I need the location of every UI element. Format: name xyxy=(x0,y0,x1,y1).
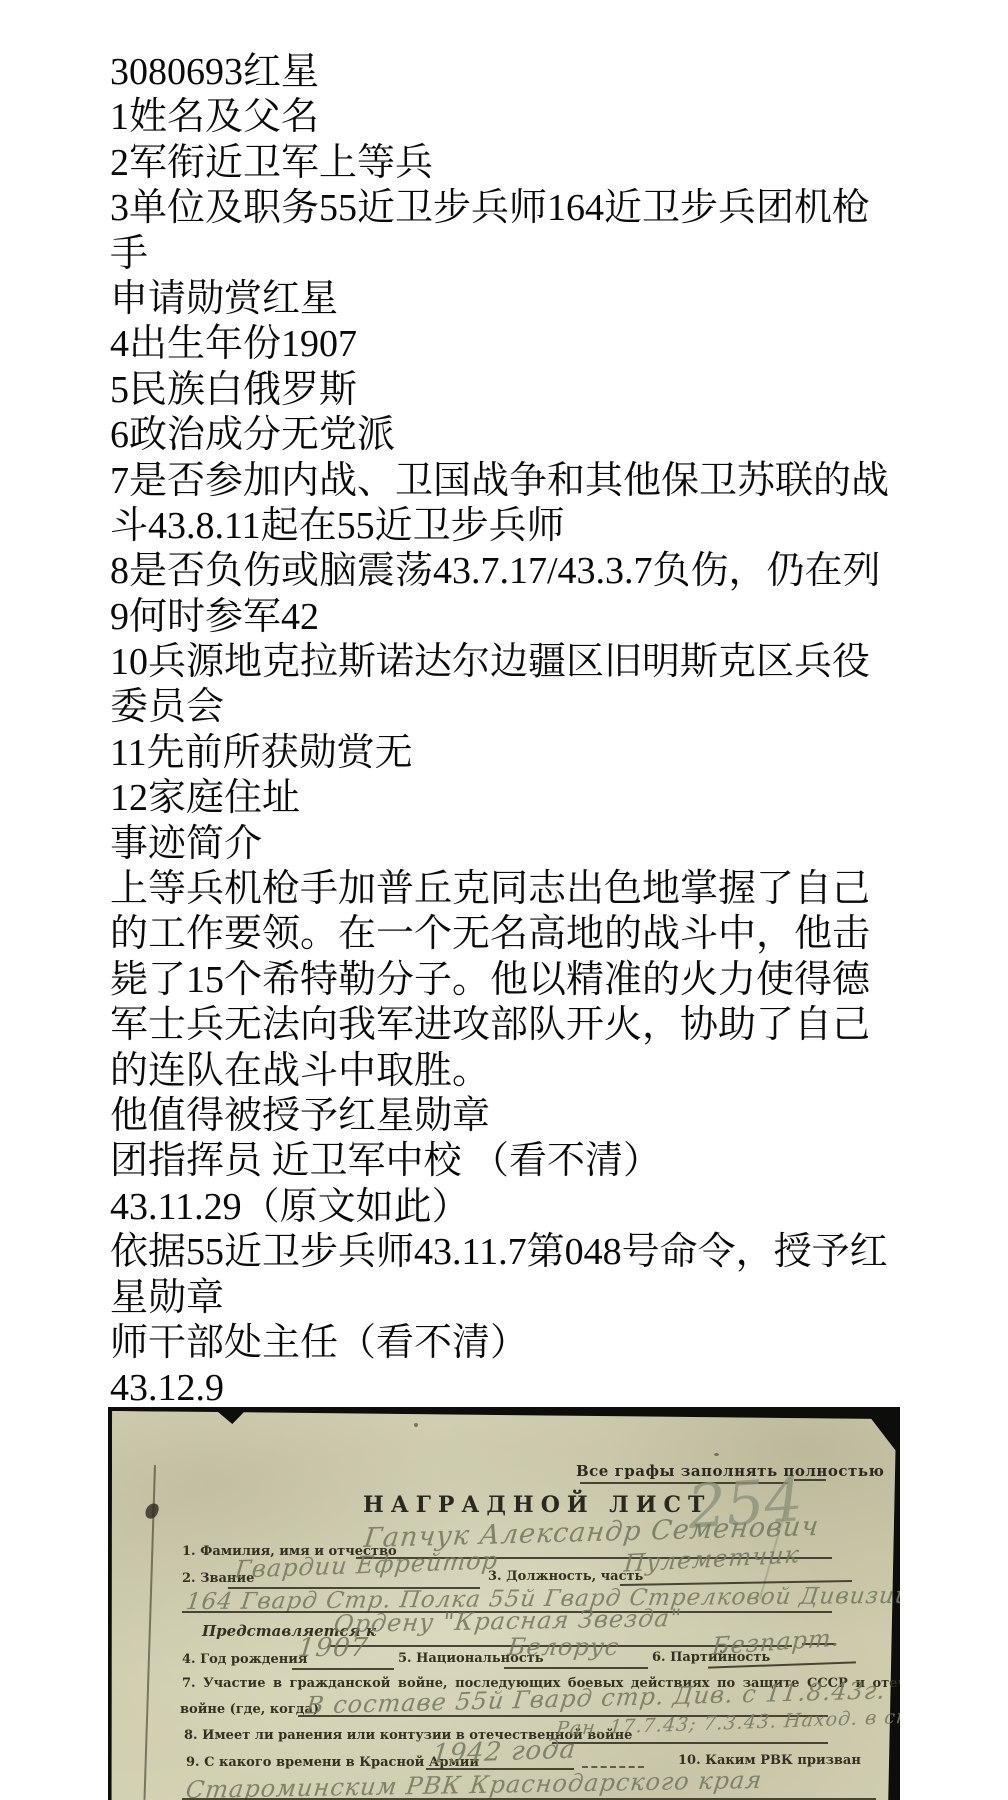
field-birthyear-rule xyxy=(292,1668,394,1670)
transcript-line: 8是否负伤或脑震荡43.7.17/43.3.7负伤，仍在列 xyxy=(110,549,940,594)
transcript-line: 3080693红星 xyxy=(110,50,940,95)
document-title: НАГРАДНОЙ ЛИСТ xyxy=(363,1492,711,1518)
transcript-line: 斗43.8.11起在55近卫步兵师 xyxy=(110,504,940,549)
transcript-line: 1姓名及父名 xyxy=(110,95,940,140)
field-rvk-label: 10. Каким РВК призван xyxy=(678,1753,861,1768)
transcript-line: 的连队在战斗中取胜。 xyxy=(110,1049,940,1094)
field-service-start-value: 1942 года xyxy=(430,1734,577,1769)
transcript-line: 手 xyxy=(110,232,940,277)
field-position-label: 3. Должность, часть xyxy=(488,1569,643,1584)
transcript-line: 12家庭住址 xyxy=(110,776,940,821)
transcript-line: 4出生年份1907 xyxy=(110,322,940,367)
field-nationality-value: Белорус xyxy=(507,1633,621,1661)
field-wounds-rule xyxy=(552,1742,828,1744)
transcript-line: 他值得被授予红星勋章 xyxy=(110,1094,940,1139)
field-birthyear-label: 4. Год рождения xyxy=(182,1652,308,1667)
transcript-line: 43.11.29（原文如此） xyxy=(110,1185,940,1230)
transcript-line: 委员会 xyxy=(110,685,940,730)
transcript-line: 43.12.9 xyxy=(110,1366,940,1411)
transcript-line: 星勋章 xyxy=(110,1276,940,1321)
transcript-line: 的工作要领。在一个无名高地的战斗中，他击 xyxy=(110,912,940,957)
transcript-line: 上等兵机枪手加普丘克同志出色地掌握了自己 xyxy=(110,867,940,912)
field-nationality-rule xyxy=(504,1667,648,1669)
transcript-line: 11先前所获勋赏无 xyxy=(110,731,940,776)
transcript-line: 依据55近卫步兵师43.11.7第048号命令，授予红 xyxy=(110,1230,940,1275)
transcript-line: 10兵源地克拉斯诺达尔边疆区旧明斯克区兵役 xyxy=(110,640,940,685)
page: { "transcript": { "lines": [ "3080693红星"… xyxy=(0,0,1008,1800)
paper-speck xyxy=(414,1423,418,1427)
transcript-line: 事迹简介 xyxy=(110,822,940,867)
transcript-line: 师干部处主任（看不清） xyxy=(110,1321,940,1366)
paper-speck xyxy=(714,1453,719,1456)
transcript-line: 申请勋赏红星 xyxy=(110,277,940,322)
translation-transcript: 3080693红星 1姓名及父名 2军衔近卫军上等兵 3单位及职务55近卫步兵师… xyxy=(110,50,940,1412)
transcript-line: 军士兵无法向我军进攻部队开火，协助了自己 xyxy=(110,1003,940,1048)
transcript-line: 9何时参军42 xyxy=(110,595,940,640)
transcript-line: 5民族白俄罗斯 xyxy=(110,368,940,413)
transcript-line: 3单位及职务55近卫步兵师164近卫步兵团机枪 xyxy=(110,186,940,231)
transcript-line: 毙了15个希特勒分子。他以精准的火力使得德 xyxy=(110,958,940,1003)
transcript-line: 2军衔近卫军上等兵 xyxy=(110,141,940,186)
field-birthyear-value: 1907 xyxy=(296,1633,369,1663)
award-sheet-scan: Все графы заполнять полностью 254 НАГРАД… xyxy=(108,1407,900,1800)
transcript-line: 7是否参加内战、卫国战争和其他保卫苏联的战 xyxy=(110,459,940,504)
transcript-line: 6政治成分无党派 xyxy=(110,413,940,458)
transcript-line: 团指挥员 近卫军中校 （看不清） xyxy=(110,1139,940,1184)
